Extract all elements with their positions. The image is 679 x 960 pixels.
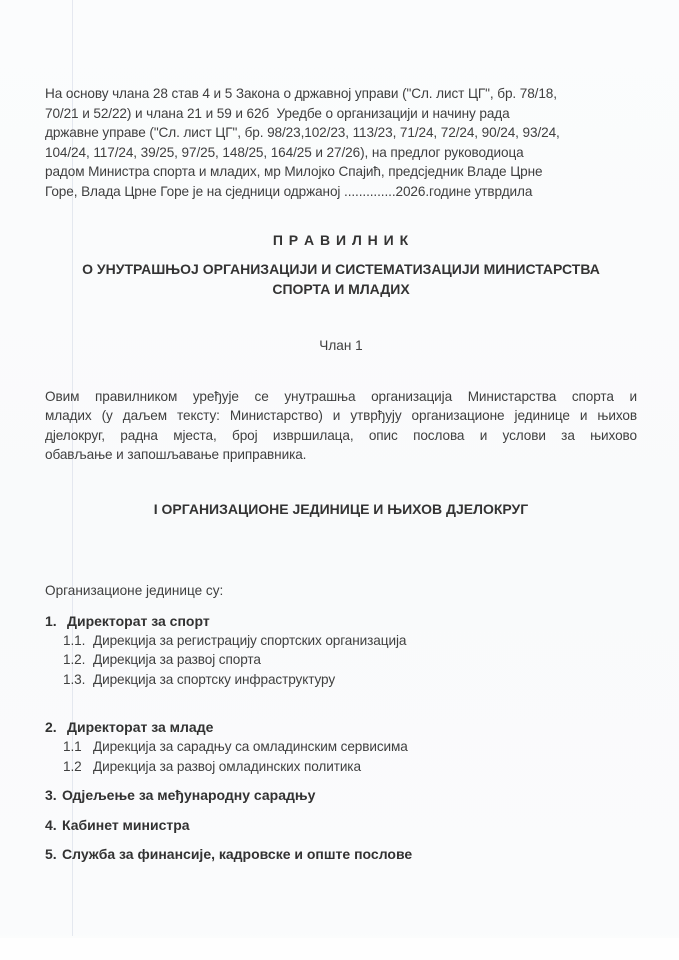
org-unit-item: 3.Одјељење за међународну сарадњу: [45, 785, 637, 805]
org-unit-label: Директорат за спорт: [67, 613, 210, 629]
org-unit-subitem: 1.1.Дирекција за регистрацију спортских …: [63, 631, 637, 651]
org-unit-label: Директорат за младе: [67, 719, 213, 735]
org-unit-subitem: 1.2.Дирекција за развој спорта: [63, 650, 637, 670]
org-unit-subitems: 1.1Дирекција за сарадњу са омладинским с…: [63, 737, 637, 776]
document-title: П Р А В И Л Н И К: [45, 232, 637, 248]
org-subunit-number: 1.3.: [63, 670, 93, 690]
preamble-line: На основу члана 28 став 4 и 5 Закона о д…: [45, 84, 637, 104]
org-unit-subitem: 1.1Дирекција за сарадњу са омладинским с…: [63, 737, 637, 757]
org-unit-item: 2.Директорат за младе: [45, 717, 637, 737]
scanned-page: На основу члана 28 став 4 и 5 Закона о д…: [0, 0, 679, 960]
org-unit-subitem: 1.3.Дирекција за спортску инфраструктуру: [63, 670, 637, 690]
org-subunit-label: Дирекција за спортску инфраструктуру: [93, 672, 335, 687]
section-heading: I ОРГАНИЗАЦИОНЕ ЈЕДИНИЦЕ И ЊИХОВ ДЈЕЛОКР…: [45, 499, 637, 519]
org-unit-number: 5.: [45, 844, 62, 864]
org-unit-number: 1.: [45, 611, 67, 631]
document-subtitle-line: СПОРТА И МЛАДИХ: [45, 279, 637, 299]
org-unit-item: 1.Директорат за спорт: [45, 611, 637, 631]
org-unit-subitem: 1.2Дирекција за развој омладинских полит…: [63, 757, 637, 777]
legal-preamble: На основу члана 28 став 4 и 5 Закона о д…: [45, 84, 637, 202]
org-unit-number: 4.: [45, 815, 62, 835]
document-subtitle-line: О УНУТРАШЊОЈ ОРГАНИЗАЦИЈИ И СИСТЕМАТИЗАЦ…: [45, 259, 637, 279]
preamble-line: 70/21 и 52/22) и члана 21 и 59 и 62б Уре…: [45, 104, 637, 124]
org-subunit-number: 1.1.: [63, 631, 93, 651]
org-unit-label: Одјељење за међународну сарадњу: [62, 787, 315, 803]
org-unit-number: 3.: [45, 785, 62, 805]
org-units-intro: Организационе јединице су:: [45, 581, 637, 601]
org-subunit-label: Дирекција за развој спорта: [93, 652, 261, 667]
org-unit-number: 2.: [45, 717, 67, 737]
article-label: Члан 1: [45, 336, 637, 356]
org-subunit-label: Дирекција за регистрацију спортских орга…: [93, 633, 406, 648]
org-unit-label: Кабинет министра: [62, 817, 190, 833]
org-subunit-number: 1.2: [63, 757, 93, 777]
article-line: дјелокруг, радна мјеста, број извршилаца…: [45, 426, 637, 446]
article-line: обављање и запошљавање приправника.: [45, 445, 637, 465]
article-line: младих (у даљем тексту: Министарство) и …: [45, 406, 637, 426]
org-unit-item: 5.Служба за финансије, кадровске и опште…: [45, 844, 637, 864]
org-subunit-number: 1.1: [63, 737, 93, 757]
preamble-line: Горе, Влада Црне Горе је на сједници одр…: [45, 182, 637, 202]
preamble-line: 104/24, 117/24, 39/25, 97/25, 148/25, 16…: [45, 143, 637, 163]
preamble-line: радом Министра спорта и младих, мр Милој…: [45, 162, 637, 182]
org-unit-label: Служба за финансије, кадровске и опште п…: [62, 846, 412, 862]
document-subtitle: О УНУТРАШЊОЈ ОРГАНИЗАЦИЈИ И СИСТЕМАТИЗАЦ…: [45, 259, 637, 299]
org-subunit-label: Дирекција за сарадњу са омладинским серв…: [93, 739, 408, 754]
org-subunit-label: Дирекција за развој омладинских политика: [93, 759, 361, 774]
article-line: Овим правилником уређује се унутрашња ор…: [45, 387, 637, 407]
article-body: Овим правилником уређује се унутрашња ор…: [45, 387, 637, 465]
preamble-line: државне управе ("Сл. лист ЦГ", бр. 98/23…: [45, 123, 637, 143]
org-unit-subitems: 1.1.Дирекција за регистрацију спортских …: [63, 631, 637, 690]
org-unit-item: 4.Кабинет министра: [45, 815, 637, 835]
org-subunit-number: 1.2.: [63, 650, 93, 670]
scan-edge: [0, 938, 679, 960]
document-content: На основу члана 28 став 4 и 5 Закона о д…: [45, 84, 637, 864]
